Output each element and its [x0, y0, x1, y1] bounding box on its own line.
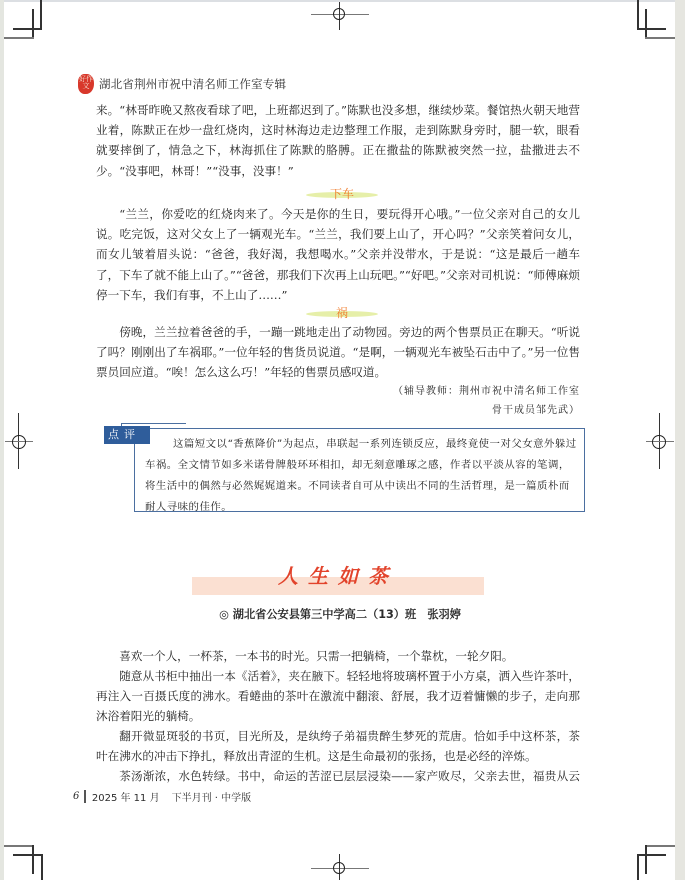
- running-header: 好作文 湖北省荆州市祝中清名师工作室专辑: [78, 72, 286, 96]
- footer-issue: 2025 年 11 月: [92, 789, 160, 804]
- seal-logo-icon: 好作文: [78, 74, 94, 94]
- advisor-credit-line-1: （辅导教师：荆州市祝中清名师工作室: [393, 383, 580, 401]
- viewer-left-edge: [0, 0, 4, 880]
- article-paragraph: 喜欢一个人，一杯茶，一本书的时光。只需一把躺椅，一个靠枕，一轮夕阳。: [96, 646, 580, 666]
- header-title: 湖北省荆州市祝中清名师工作室专辑: [99, 76, 286, 92]
- footer-divider: [84, 790, 86, 803]
- viewer-right-edge: [675, 0, 685, 880]
- article-paragraph: 茶汤渐浓，水色转绿。书中，命运的苦涩已层层浸染——家产败尽，父亲去世，福贵从云端…: [96, 766, 580, 786]
- review-body: 这篇短文以“香蕉降价”为起点，串联起一系列连锁反应，最终竟使一对父女意外躲过车祸…: [145, 438, 577, 513]
- story-opening-paragraph: 来。“林哥昨晚又熬夜看球了吧，上班都迟到了。”陈默也没多想，继续炒菜。餐馆热火朝…: [96, 100, 580, 181]
- article-paragraph: 翻开微显斑驳的书页，目光所及，是纨绔子弟福贵醉生梦死的荒唐。恰如手中这杯茶，茶叶…: [96, 726, 580, 766]
- section-heading-text: 祸: [336, 306, 348, 320]
- story-section-paragraph: “兰兰，你爱吃的红烧肉来了。今天是你的生日，要玩得开心哦。”一位父亲对自己的女儿…: [96, 204, 580, 305]
- section-heading-xiache: 下车: [300, 183, 384, 203]
- article-byline: ◎ 湖北省公安县第三中学高二（13）班 张羽婷: [200, 606, 480, 622]
- article-title: 人生如茶: [192, 560, 484, 589]
- story-section-paragraph: 傍晚，兰兰拉着爸爸的手，一蹦一跳地走出了动物园。旁边的两个售票员正在聊天。“听说…: [96, 322, 580, 383]
- section-heading-text: 下车: [330, 187, 354, 201]
- page-footer: 6 2025 年 11 月 下半月刊 · 中学版: [73, 788, 251, 804]
- page-number: 6: [73, 791, 79, 802]
- section-heading-huo: 祸: [300, 302, 384, 322]
- viewer-top-edge: [0, 0, 685, 2]
- footer-publication: 下半月刊 · 中学版: [172, 789, 252, 804]
- advisor-credit-line-2: 骨干成员邹先武）: [492, 402, 580, 420]
- review-label: 点评: [104, 426, 150, 444]
- article-paragraph: 随意从书柜中抽出一本《活着》，夹在腋下。轻轻地将玻璃杯置于小方桌，洒入些许茶叶，…: [96, 666, 580, 727]
- review-text: 这篇短文以“香蕉降价”为起点，串联起一系列连锁反应，最终竟使一对父女意外躲过车祸…: [145, 434, 577, 518]
